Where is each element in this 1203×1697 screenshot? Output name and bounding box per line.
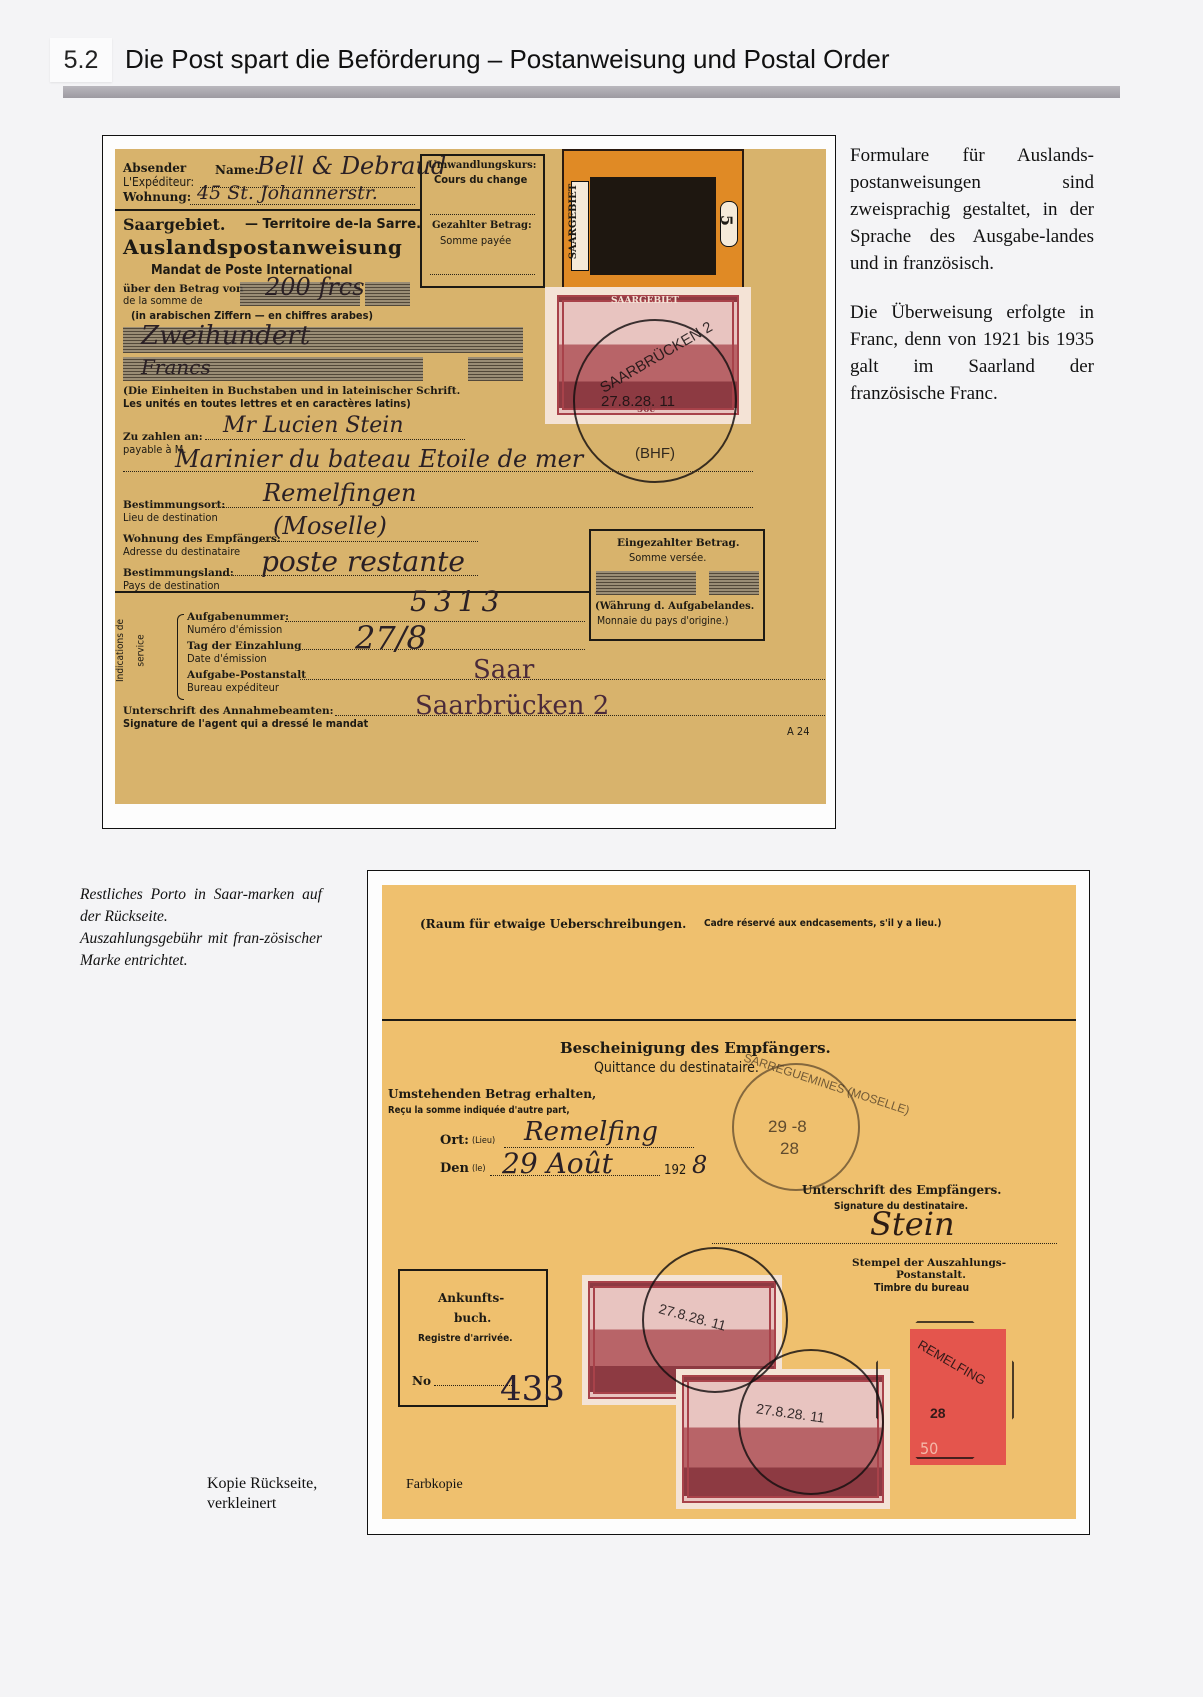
stamp-label-de-1: Stempel der Auszahlungs-: [852, 1257, 1006, 1269]
exchange-rate-box: Umwandlungskurs: Cours du change Gezahlt…: [420, 154, 545, 288]
service-vertical-2: Indications de: [115, 619, 126, 682]
caption-paragraph-2: Auszahlungsgebühr mit fran-zösischer Mar…: [80, 928, 322, 972]
date-label-fr: (le): [472, 1164, 486, 1174]
issue-number-label-de: Aufgabenummer:: [187, 611, 289, 623]
arrival-label-de-1: Ankunfts-: [438, 1291, 504, 1305]
clerk-label-fr: Signature de l'agent qui a dressé le man…: [123, 717, 368, 730]
sender-name-handwritten: Bell & Debraud: [257, 152, 446, 180]
issue-number-label-fr: Numéro d'émission: [187, 623, 282, 636]
signature-label-de: Unterschrift des Empfängers.: [802, 1183, 1001, 1197]
received-fr: Reçu la somme indiquée d'autre part,: [388, 1105, 570, 1116]
sender-address-handwritten: 45 St. Johannerstr.: [197, 182, 378, 204]
territory-de: Saargebiet.: [123, 215, 226, 234]
paid-label-fr: Somme payée: [440, 234, 511, 247]
front-document-frame: Absender L'Expéditeur: Wohnung: Name: Be…: [102, 135, 836, 829]
destination-handwritten: Remelfingen: [263, 479, 416, 507]
payee-handwritten: Mr Lucien Stein: [223, 413, 404, 438]
description-text: Formulare für Auslands-postanweisungen s…: [850, 142, 1094, 429]
office-stamp-handwritten: Saar: [473, 655, 534, 685]
payee-label-de: Zu zahlen an:: [123, 431, 203, 443]
place-label: Ort:: [440, 1133, 469, 1148]
units-note-de: (Die Einheiten in Buchstaben und in late…: [123, 385, 460, 397]
form-title-de: Auslandspostanweisung: [123, 235, 402, 259]
year-prefix: 192: [664, 1163, 686, 1178]
address-label-fr: Adresse du destinataire: [123, 545, 240, 558]
residence-label: Wohnung:: [123, 190, 191, 204]
arrival-no-handwritten: 433: [500, 1369, 565, 1409]
year-handwritten: 8: [692, 1151, 707, 1179]
date-label: Den: [440, 1161, 469, 1176]
section-number: 5.2: [50, 38, 112, 82]
sarreguemines-date-1: 29 -8: [768, 1117, 807, 1137]
remelfing-year: 28: [930, 1405, 946, 1421]
form-code: A 24: [787, 725, 810, 738]
destination-label-de: Bestimmungsort:: [123, 499, 225, 511]
arrival-label-de-2: buch.: [454, 1311, 491, 1325]
office-name-stamp: Saarbrücken 2: [415, 691, 609, 721]
deposited-label-de: Eingezahlter Betrag.: [617, 537, 740, 549]
service-vertical-3: service: [136, 634, 147, 666]
saar-5c-orange-stamp: SAARGEBIET 5: [562, 149, 744, 301]
postmark-date: 27.8.28. 11: [601, 393, 675, 410]
postmark-bottom: (BHF): [635, 445, 675, 462]
amount-label-fr: de la somme de: [123, 294, 203, 307]
endorsement-fr: Cadre réservé aux endcasements, s'il y a…: [704, 918, 941, 929]
stamp-2-label: SAARGEBIET: [611, 296, 679, 306]
stamp-label-fr: Timbre du bureau: [874, 1282, 969, 1294]
deposit-day-label-fr: Date d'émission: [187, 652, 267, 665]
territory-fr: — Territoire de-la Sarre.: [245, 217, 421, 232]
country-handwritten: poste restante: [261, 545, 465, 578]
copy-caption-line-2: verkleinert: [207, 1494, 317, 1514]
name-label: Name:: [215, 163, 259, 177]
address-handwritten: (Moselle): [273, 512, 387, 540]
back-document-frame: (Raum für etwaige Ueberschreibungen. Cad…: [367, 870, 1090, 1535]
arrival-no-label: No: [412, 1374, 431, 1388]
description-paragraph-1: Formulare für Auslands-postanweisungen s…: [850, 142, 1094, 277]
deposited-amount-box: Eingezahlter Betrag. Somme versée. (Währ…: [589, 529, 765, 641]
place-label-fr: (Lieu): [472, 1136, 495, 1146]
paid-label-de: Gezahlter Betrag:: [432, 220, 532, 231]
page-title: Die Post spart die Beförderung – Postanw…: [125, 44, 890, 75]
amount-handwritten: 200 frcs: [265, 273, 365, 301]
office-label-fr: Bureau expéditeur: [187, 681, 279, 694]
stamp-1-label: SAARGEBIET: [568, 184, 579, 259]
arrival-label-fr: Registre d'arrivée.: [418, 1333, 513, 1344]
exchange-label-fr: Cours du change: [434, 173, 527, 186]
copy-caption-line-1: Kopie Rückseite,: [207, 1474, 317, 1494]
place-handwritten: Remelfing: [524, 1117, 658, 1147]
amount-words-handwritten-2: Francs: [141, 355, 211, 379]
postage-caption: Restliches Porto in Saar-marken auf der …: [80, 884, 322, 972]
receipt-title-de: Bescheinigung des Empfängers.: [560, 1039, 831, 1057]
sender-label-de: Absender: [123, 161, 186, 175]
amount-words-handwritten: Zweihundert: [141, 321, 310, 351]
deposit-day-label-de: Tag der Einzahlung: [187, 640, 301, 652]
destination-label-fr: Lieu de destination: [123, 511, 218, 524]
color-copy-label: Farbkopie: [406, 1477, 463, 1493]
receipt-title-fr: Quittance du destinataire.: [594, 1060, 759, 1076]
signature-handwritten: Stein: [870, 1205, 955, 1243]
clerk-label-de: Unterschrift des Annahmebeamten:: [123, 705, 334, 717]
deposit-day-handwritten: 27/8: [355, 619, 427, 657]
title-underline-bar: [63, 86, 1120, 98]
units-note-fr: Les unités en toutes lettres et en carac…: [123, 397, 411, 410]
sarreguemines-date-2: 28: [780, 1139, 799, 1159]
received-de: Umstehenden Betrag erhalten,: [388, 1087, 596, 1101]
postal-order-back: (Raum für etwaige Ueberschreibungen. Cad…: [382, 885, 1076, 1519]
payee-handwritten-2: Marinier du bateau Etoile de mer: [175, 445, 583, 473]
currency-note-fr: Monnaie du pays d'origine.): [597, 615, 728, 627]
sender-label-fr: L'Expéditeur:: [123, 175, 194, 189]
exchange-label-de: Umwandlungskurs:: [428, 160, 536, 171]
postal-order-front: Absender L'Expéditeur: Wohnung: Name: Be…: [115, 149, 826, 804]
address-label-de: Wohnung des Empfängers:: [123, 533, 281, 545]
description-paragraph-2: Die Überweisung erfolgte in Franc, denn …: [850, 299, 1094, 407]
issue-number-handwritten: 5313: [410, 585, 505, 618]
stamp-label-de-2: Postanstalt.: [896, 1269, 966, 1281]
portrait-vignette: [590, 177, 716, 275]
deposited-label-fr: Somme versée.: [629, 551, 706, 564]
stamp-1-value: 5: [717, 215, 736, 226]
office-label-de: Aufgabe-Postanstalt: [187, 669, 306, 681]
caption-paragraph-1: Restliches Porto in Saar-marken auf der …: [80, 884, 322, 928]
copy-caption: Kopie Rückseite, verkleinert: [207, 1474, 317, 1514]
country-label-de: Bestimmungsland:: [123, 567, 234, 579]
endorsement-de: (Raum für etwaige Ueberschreibungen.: [420, 917, 686, 931]
currency-note-de: (Währung d. Aufgabelandes.: [595, 601, 754, 612]
